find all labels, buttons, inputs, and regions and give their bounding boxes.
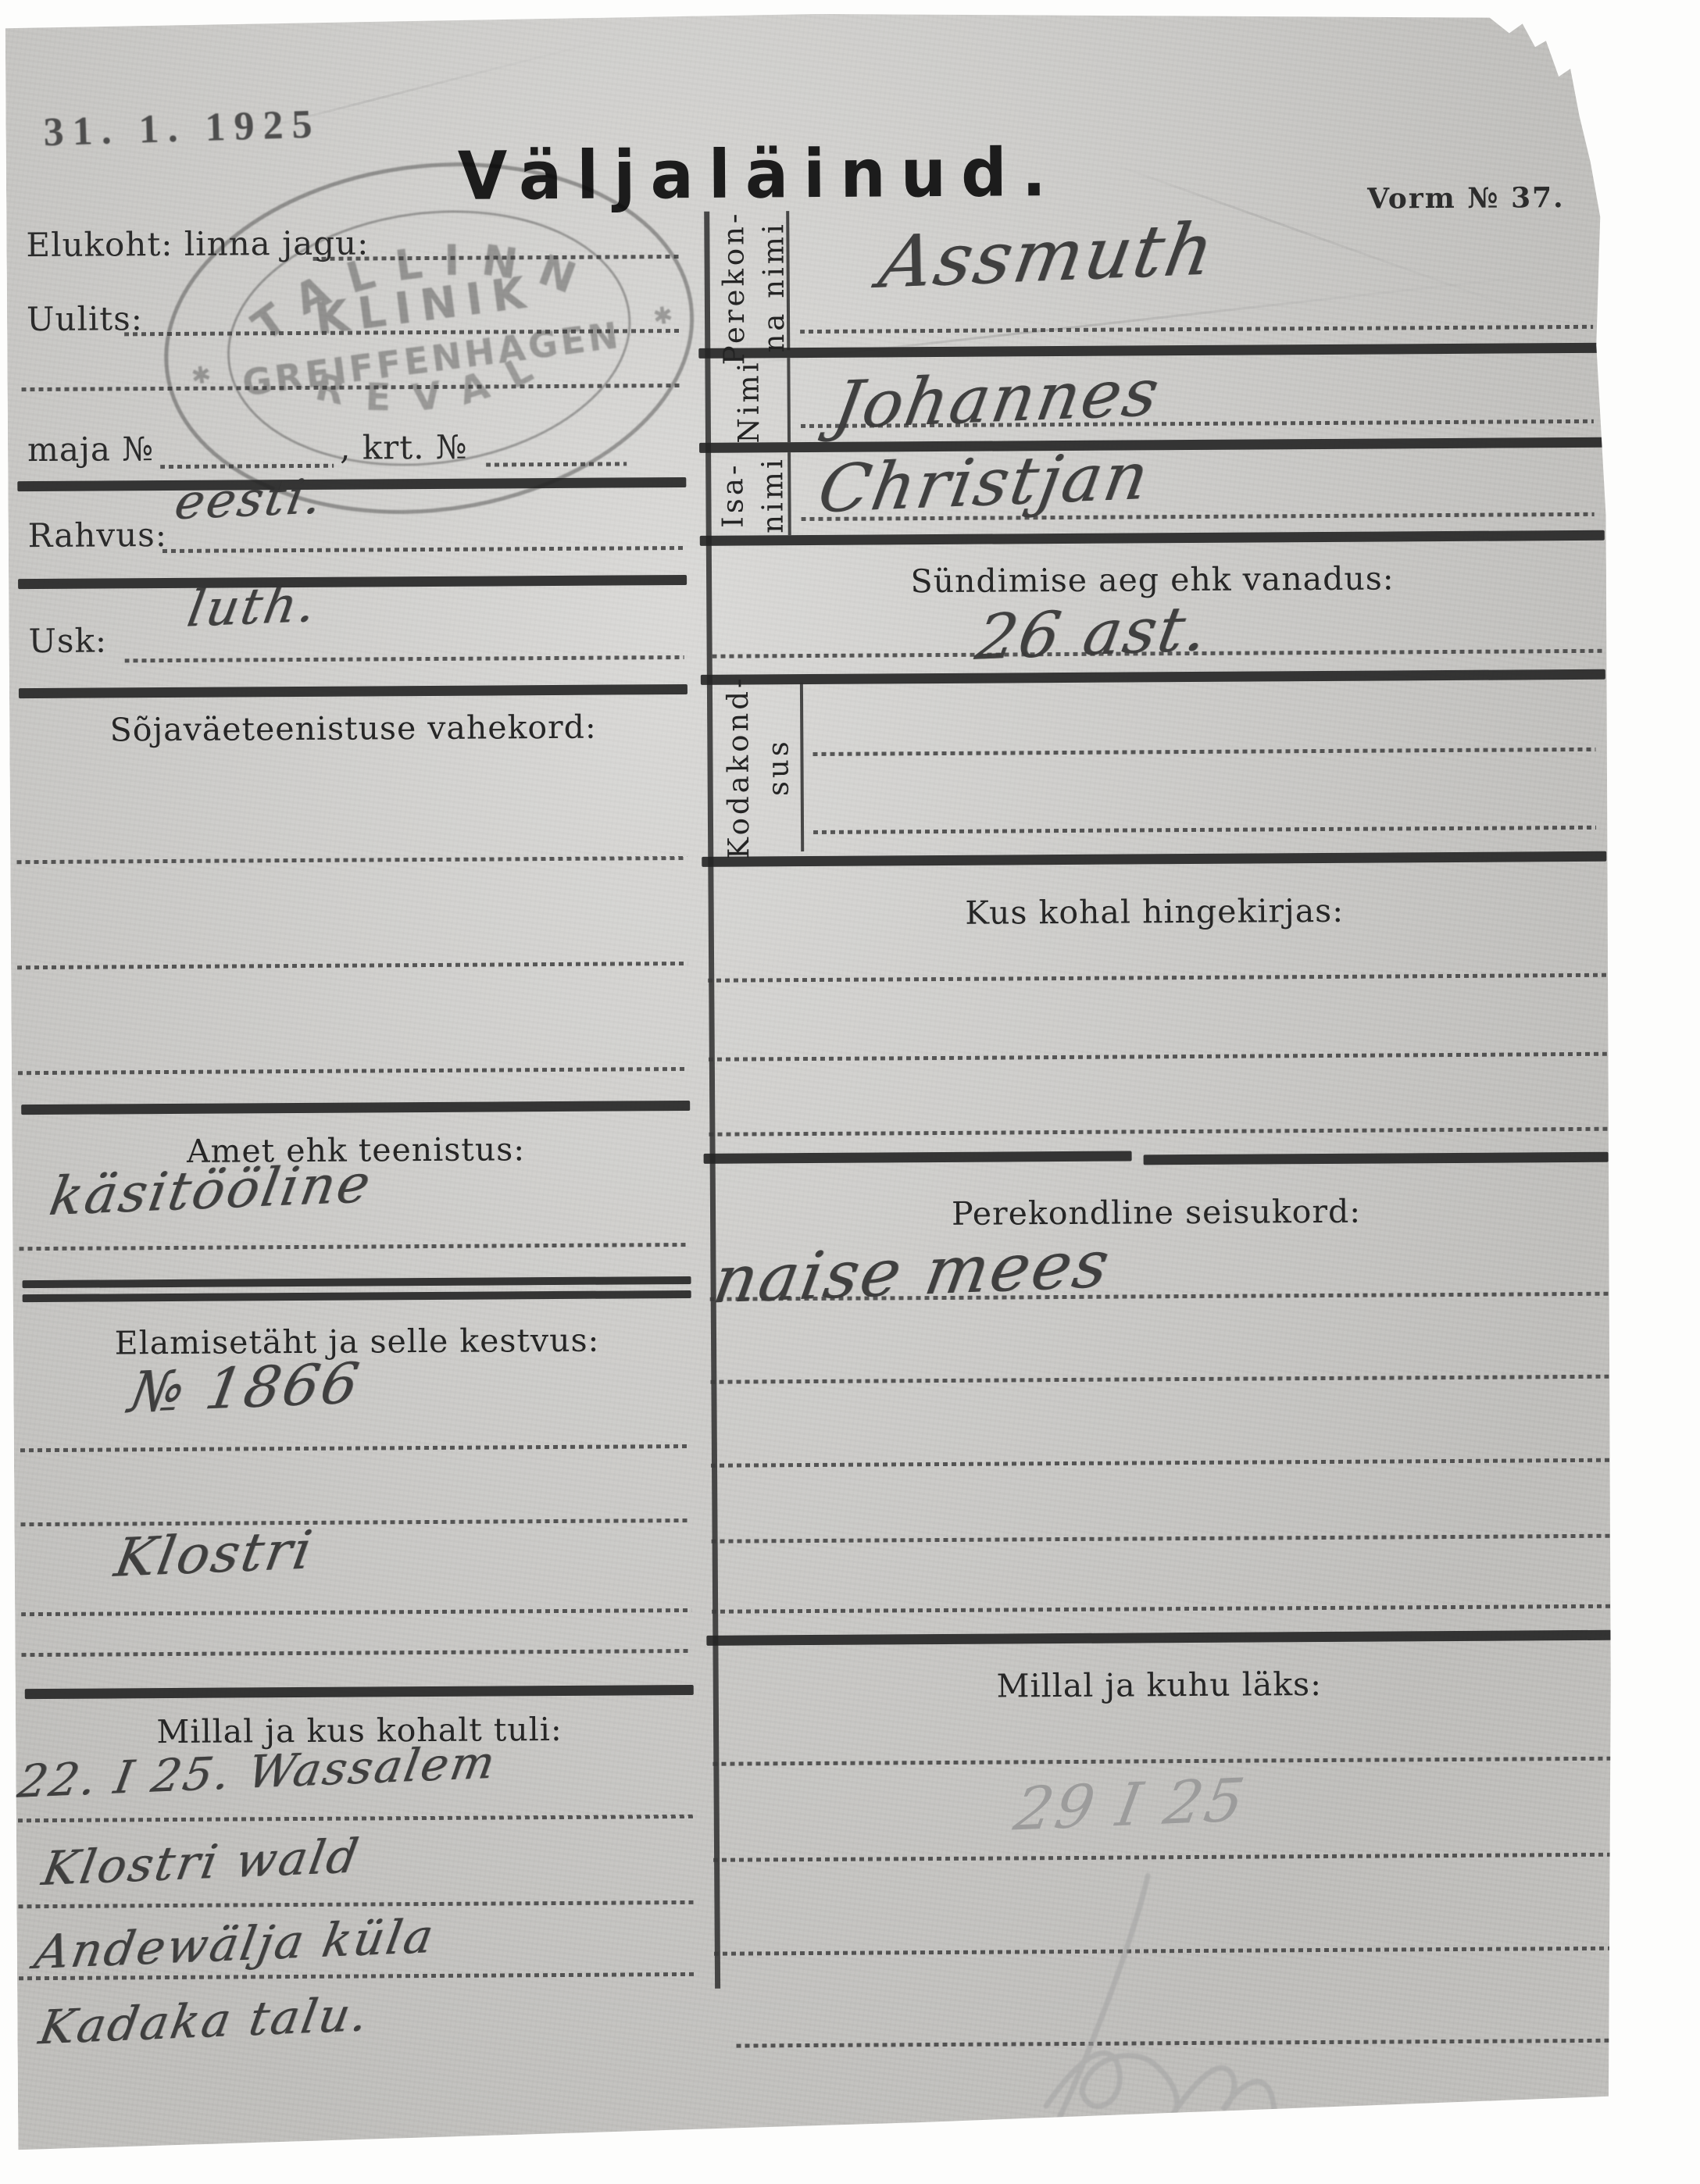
military-line-3 — [18, 1067, 688, 1075]
double-rule-top — [23, 1276, 691, 1288]
permit-line-3 — [21, 1608, 691, 1616]
paper-crease — [238, 33, 633, 136]
permit-line-2 — [20, 1518, 691, 1526]
father-name-vertical-label: Isa- nimi — [715, 458, 790, 533]
split-rule-right — [1144, 1152, 1609, 1165]
blank-line — [21, 1649, 691, 1657]
birth-age-entry: 26 ast. — [971, 592, 1215, 674]
registry-line-2 — [709, 1052, 1607, 1062]
citizenship-label-line1: Kodakond- — [720, 676, 755, 860]
religion-label: Usk: — [28, 621, 107, 660]
form-number: Vorm № 37. — [1367, 181, 1565, 216]
stamp-ornament-right: ✱ — [652, 302, 674, 331]
occupation-entry: käsitööline — [45, 1153, 377, 1228]
father-name-entry: Christjan — [813, 437, 1156, 527]
father-label-line2: nimi — [755, 456, 790, 534]
date-receipt-stamp: 31. 1. 1925 — [43, 101, 322, 155]
firstname-vertical-label: Nimi — [716, 364, 780, 438]
section-rule — [21, 1101, 690, 1115]
split-rule-left — [704, 1151, 1132, 1163]
departure-line-1 — [712, 1757, 1611, 1766]
section-rule — [702, 851, 1606, 867]
section-rule — [700, 530, 1605, 546]
citizenship-line-1 — [812, 748, 1595, 756]
religion-entry: luth. — [183, 576, 322, 639]
surname-vertical-label: Perekon- na nimi — [716, 219, 791, 356]
pencil-signature — [993, 1868, 1541, 2141]
religion-line — [125, 655, 684, 662]
label-separator — [787, 358, 791, 442]
surname-label-line2: na nimi — [756, 222, 791, 353]
military-line-1 — [16, 856, 687, 864]
section-rule — [706, 1630, 1611, 1646]
family-status-entry: naise mees — [708, 1226, 1116, 1319]
apartment-number-label: , krt. № — [340, 428, 468, 467]
surname-line — [800, 325, 1593, 334]
double-rule-bottom — [23, 1290, 691, 1302]
military-service-heading: Sõjaväeteenistuse vahekord: — [19, 708, 687, 749]
section-rule — [701, 669, 1605, 685]
form-paper: 31. 1. 1925 Väljaläinud. Vorm № 37. TALL… — [5, 9, 1616, 2151]
nationality-entry: eesti. — [171, 468, 328, 531]
citizenship-line-2 — [813, 826, 1596, 834]
section-rule — [18, 575, 687, 589]
departure-line-2 — [713, 1853, 1612, 1862]
registry-line-3 — [709, 1127, 1607, 1137]
registry-heading: Kus kohal hingekirjas: — [702, 890, 1607, 933]
permit-line-1 — [20, 1444, 691, 1452]
surname-label-line1: Perekon- — [716, 210, 751, 365]
surname-entry: Assmuth — [873, 207, 1222, 304]
blank-line — [711, 1458, 1609, 1468]
nationality-label: Rahvus: — [28, 516, 167, 555]
section-rule — [19, 684, 687, 698]
arrival-entry-4: Kadaka talu. — [35, 1987, 374, 2055]
citizenship-label-line2: sus — [761, 738, 795, 796]
blank-line — [712, 1604, 1610, 1614]
blank-line — [710, 1375, 1609, 1384]
departure-heading: Millal ja kuhu läks: — [707, 1664, 1612, 1707]
label-separator — [800, 683, 804, 851]
father-label-line1: Isa- — [716, 462, 750, 528]
registry-line-1 — [708, 973, 1606, 983]
citizenship-vertical-label: Kodakond- sus — [716, 692, 799, 843]
departure-date-entry: 29 I 25 — [1009, 1765, 1252, 1843]
permit-number-entry: № 1866 — [124, 1350, 366, 1425]
scanned-document: 31. 1. 1925 Väljaläinud. Vorm № 37. TALL… — [0, 0, 1700, 2184]
arrival-line-1 — [18, 1815, 695, 1822]
section-rule — [25, 1685, 694, 1699]
family-status-heading: Perekondline seisukord: — [704, 1191, 1609, 1234]
arrival-line-2 — [18, 1900, 695, 1908]
blank-line — [712, 1534, 1610, 1543]
firstname-label: Nimi — [731, 359, 766, 443]
arrival-entry-2: Klostri wald — [38, 1829, 364, 1897]
firstname-entry: Johannes — [828, 354, 1166, 444]
permit-place-entry: Klostri — [110, 1520, 318, 1590]
house-number-label: maja № — [27, 430, 154, 469]
military-line-2 — [17, 962, 687, 969]
occupation-line — [19, 1243, 689, 1251]
label-separator — [787, 452, 791, 535]
arrival-entry-3: Andewälja küla — [30, 1909, 439, 1980]
